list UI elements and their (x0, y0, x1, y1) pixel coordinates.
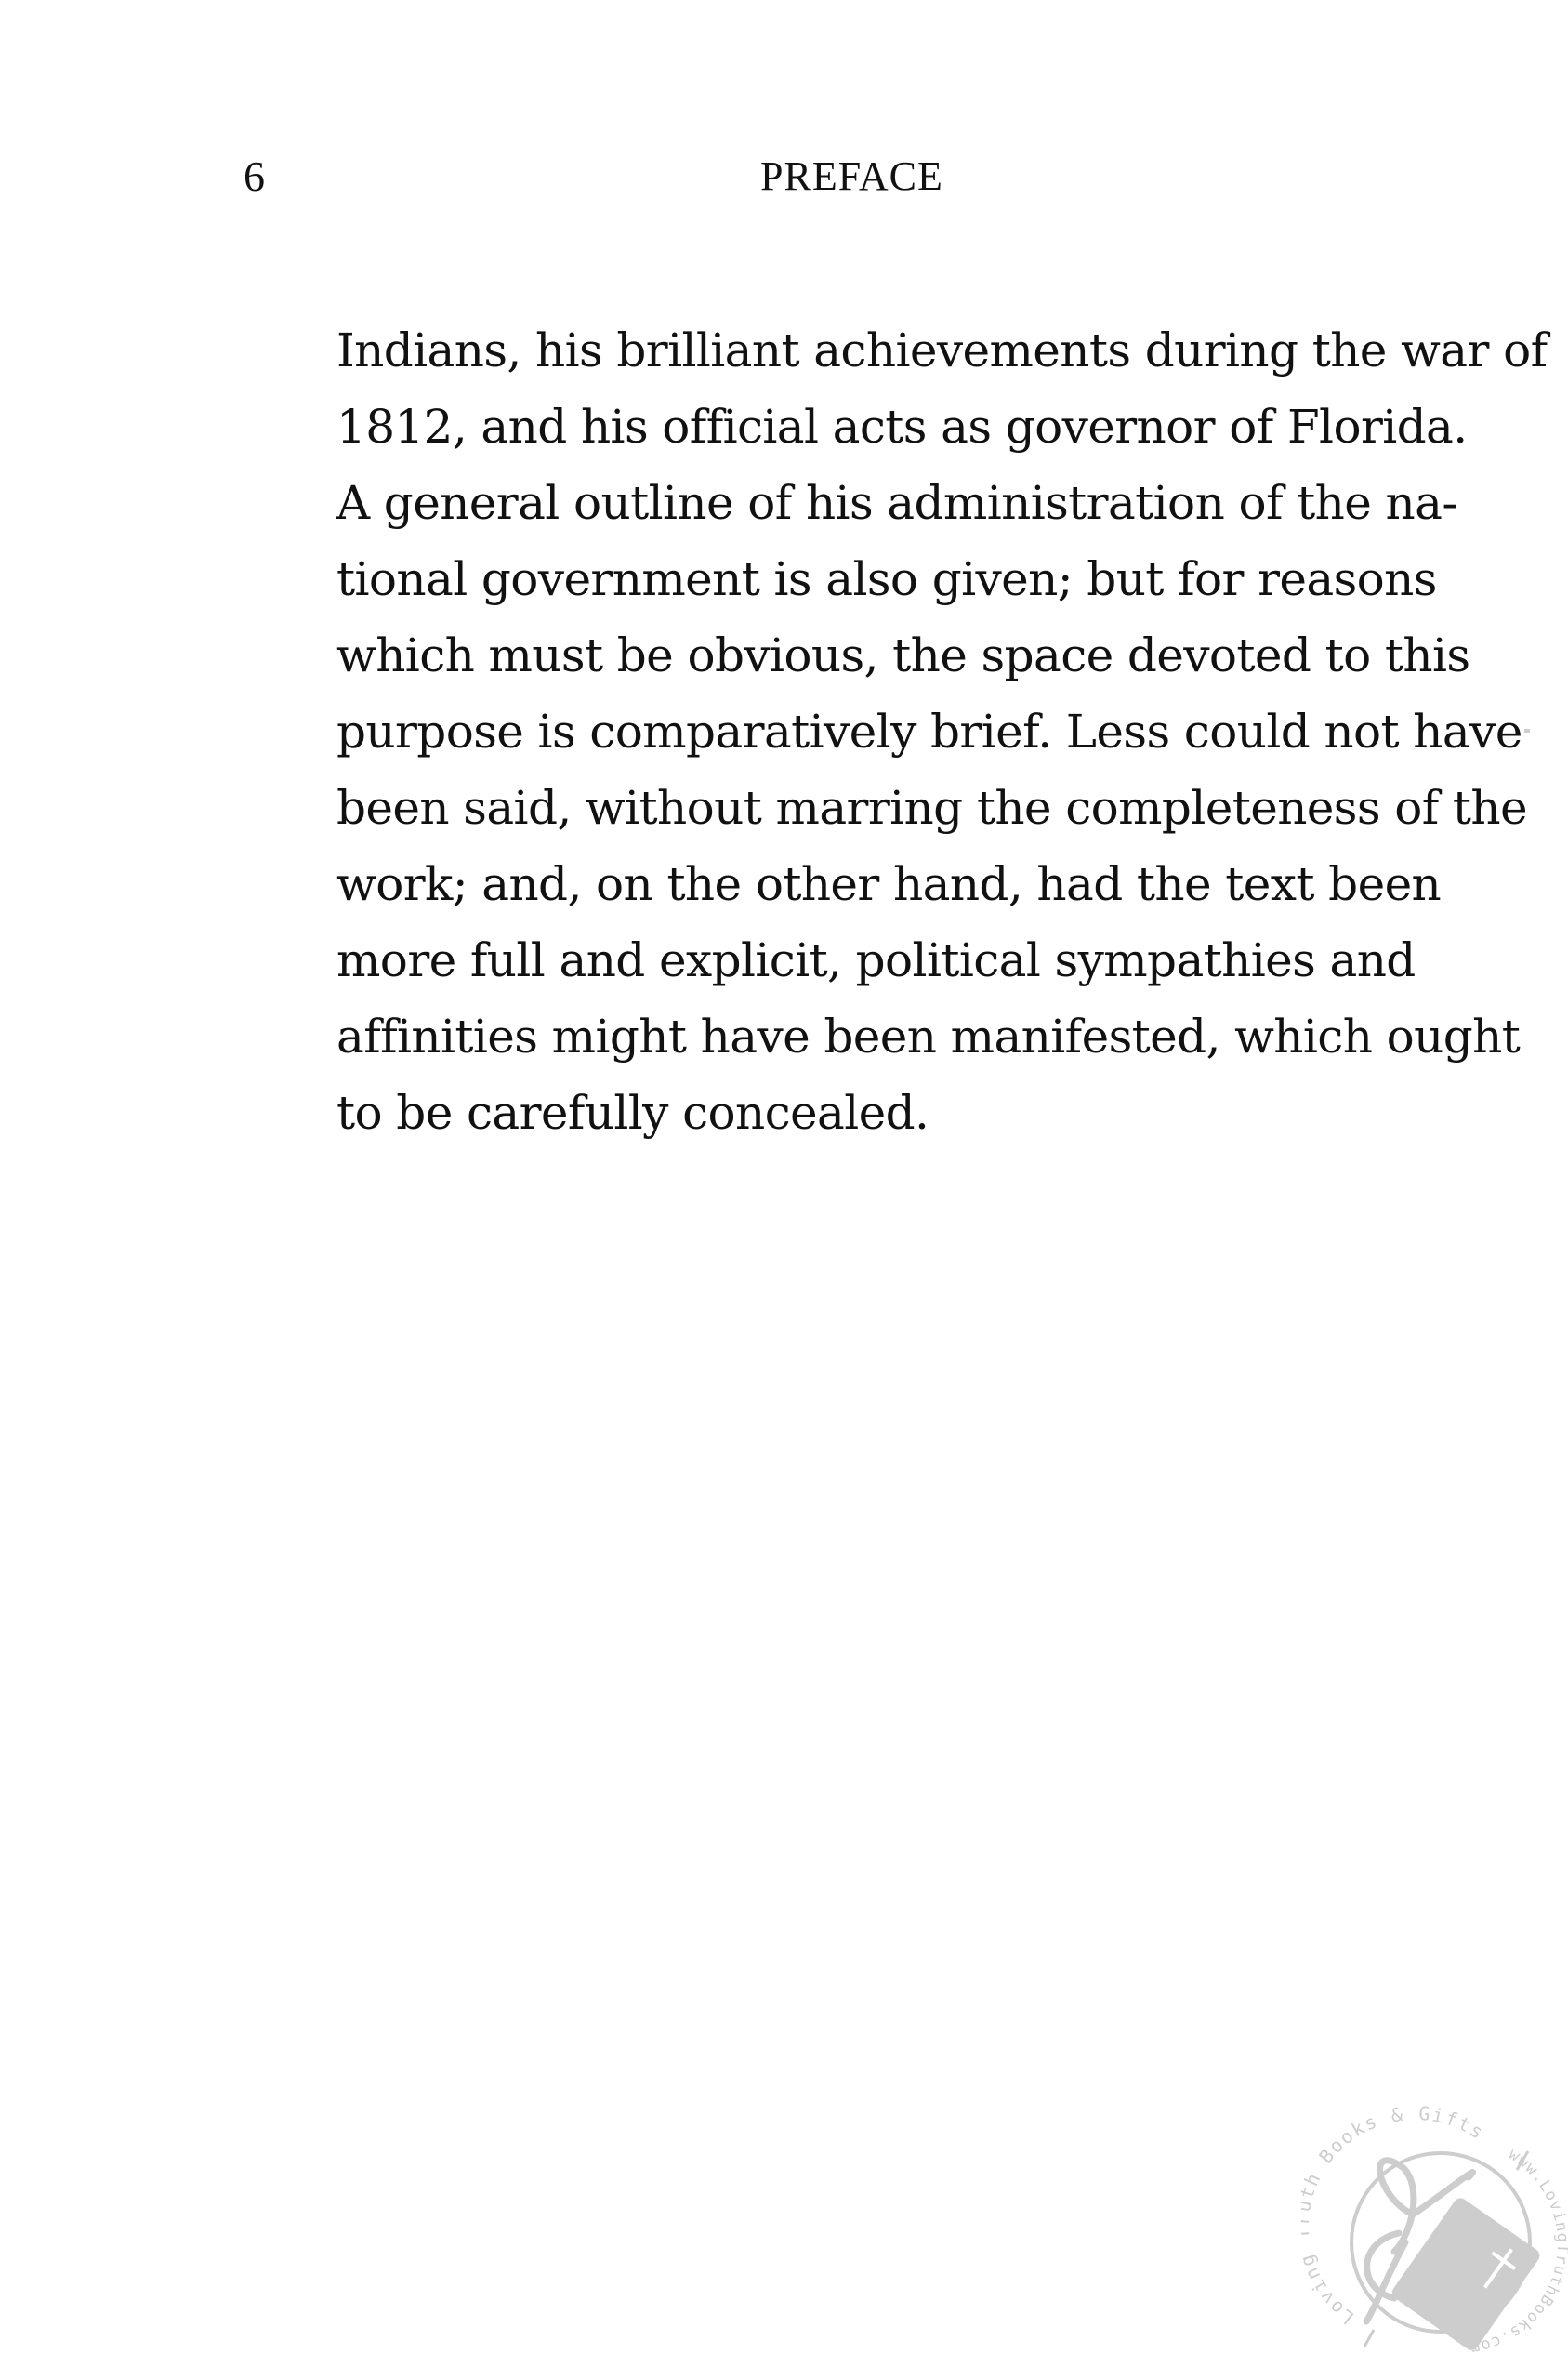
text-line: been said, without marring the completen… (336, 770, 1379, 846)
text-line: Indians, his brilliant achievements duri… (336, 312, 1379, 389)
text-line: 1812, and his official acts as governor … (336, 389, 1379, 465)
text-line: more full and explicit, political sympat… (336, 922, 1379, 998)
text-line: which must be obvious, the space devoted… (336, 617, 1379, 694)
scan-speck (1524, 729, 1530, 733)
text-line-last: to be carefully concealed. (336, 1075, 1379, 1151)
seal-graphic: Loving Truth Books & Gifts www.LovingTru… (1301, 2103, 1568, 2380)
running-title: PREFACE (760, 149, 943, 205)
page-number: 6 (244, 149, 265, 205)
text-line: purpose is comparatively brief. Less cou… (336, 694, 1379, 770)
text-line: affinities might have been manifested, w… (336, 998, 1379, 1075)
text-line: work; and, on the other hand, had the te… (336, 846, 1379, 922)
text-line: tional government is also given; but for… (336, 541, 1379, 617)
running-head: 6 PREFACE (0, 149, 1568, 205)
text-line: A general outline of his administration … (336, 465, 1379, 541)
preface-body-text: Indians, his brilliant achievements duri… (336, 312, 1379, 1151)
watermark-seal: Loving Truth Books & Gifts www.LovingTru… (1301, 2103, 1568, 2380)
